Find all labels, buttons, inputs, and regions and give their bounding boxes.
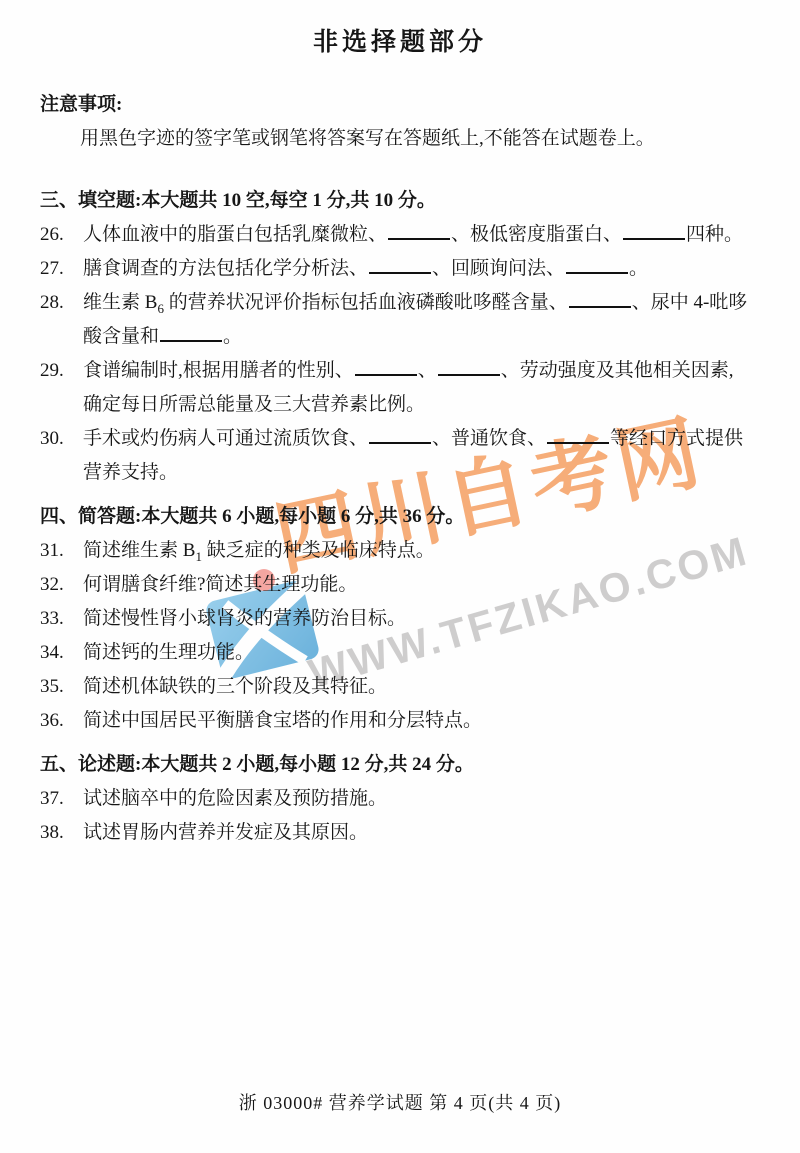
- question-row: 30.手术或灼伤病人可通过流质饮食、、普通饮食、等经口方式提供营养支持。: [40, 422, 800, 490]
- notes-label: 注意事项:: [40, 88, 800, 122]
- fill-in-blank-line: [566, 253, 628, 274]
- question-row: 32.何谓膳食纤维?简述其生理功能。: [40, 568, 800, 602]
- question-text: 试述脑卒中的危险因素及预防措施。: [83, 782, 387, 816]
- subscript: 1: [195, 549, 202, 564]
- question-number: 36.: [40, 704, 83, 738]
- question-number: 31.: [40, 534, 83, 568]
- question-text: 简述慢性肾小球肾炎的营养防治目标。: [83, 602, 406, 636]
- question-section: 五、论述题:本大题共 2 小题,每小题 12 分,共 24 分。37.试述脑卒中…: [40, 748, 800, 850]
- fill-in-blank-line: [355, 355, 417, 376]
- fill-in-blank-line: [547, 423, 609, 444]
- question-number: 29.: [40, 354, 83, 388]
- question-number: 26.: [40, 218, 83, 252]
- question-text: 手术或灼伤病人可通过流质饮食、、普通饮食、等经口方式提供营养支持。: [83, 422, 743, 490]
- question-text: 何谓膳食纤维?简述其生理功能。: [83, 568, 357, 602]
- question-row: 35.简述机体缺铁的三个阶段及其特征。: [40, 670, 800, 704]
- question-text: 维生素 B6 的营养状况评价指标包括血液磷酸吡哆醛含量、、尿中 4-吡哆酸含量和…: [83, 286, 747, 354]
- question-number: 33.: [40, 602, 83, 636]
- question-text: 膳食调查的方法包括化学分析法、、回顾询问法、。: [83, 252, 648, 286]
- question-section: 三、填空题:本大题共 10 空,每空 1 分,共 10 分。26.人体血液中的脂…: [40, 184, 800, 490]
- question-row: 34.简述钙的生理功能。: [40, 636, 800, 670]
- section-heading: 四、简答题:本大题共 6 小题,每小题 6 分,共 36 分。: [40, 500, 800, 534]
- question-number: 35.: [40, 670, 83, 704]
- question-row: 28.维生素 B6 的营养状况评价指标包括血液磷酸吡哆醛含量、、尿中 4-吡哆酸…: [40, 286, 800, 354]
- question-row: 37.试述脑卒中的危险因素及预防措施。: [40, 782, 800, 816]
- question-number: 32.: [40, 568, 83, 602]
- section-heading: 五、论述题:本大题共 2 小题,每小题 12 分,共 24 分。: [40, 748, 800, 782]
- question-text: 试述胃肠内营养并发症及其原因。: [83, 816, 368, 850]
- section-heading: 三、填空题:本大题共 10 空,每空 1 分,共 10 分。: [40, 184, 800, 218]
- question-text: 食谱编制时,根据用膳者的性别、、、劳动强度及其他相关因素,确定每日所需总能量及三…: [83, 354, 734, 422]
- sections: 三、填空题:本大题共 10 空,每空 1 分,共 10 分。26.人体血液中的脂…: [40, 184, 800, 850]
- question-text: 简述中国居民平衡膳食宝塔的作用和分层特点。: [83, 704, 482, 738]
- question-text: 人体血液中的脂蛋白包括乳糜微粒、、极低密度脂蛋白、四种。: [83, 218, 743, 252]
- question-number: 28.: [40, 286, 83, 320]
- question-text: 简述维生素 B1 缺乏症的种类及临床特点。: [83, 534, 435, 568]
- question-row: 38.试述胃肠内营养并发症及其原因。: [40, 816, 800, 850]
- fill-in-blank-line: [160, 321, 222, 342]
- question-number: 27.: [40, 252, 83, 286]
- exam-content: 非选择题部分 注意事项: 用黑色字迹的签字笔或钢笔将答案写在答题纸上,不能答在试…: [0, 0, 800, 850]
- question-number: 30.: [40, 422, 83, 456]
- question-row: 36.简述中国居民平衡膳食宝塔的作用和分层特点。: [40, 704, 800, 738]
- page-footer: 浙 03000# 营养学试题 第 4 页(共 4 页): [0, 1090, 800, 1116]
- fill-in-blank-line: [388, 219, 450, 240]
- question-number: 34.: [40, 636, 83, 670]
- fill-in-blank-line: [369, 423, 431, 444]
- question-text: 简述机体缺铁的三个阶段及其特征。: [83, 670, 387, 704]
- question-number: 37.: [40, 782, 83, 816]
- question-row: 29.食谱编制时,根据用膳者的性别、、、劳动强度及其他相关因素,确定每日所需总能…: [40, 354, 800, 422]
- question-row: 27.膳食调查的方法包括化学分析法、、回顾询问法、。: [40, 252, 800, 286]
- fill-in-blank-line: [438, 355, 500, 376]
- page-title: 非选择题部分: [0, 0, 800, 58]
- fill-in-blank-line: [369, 253, 431, 274]
- question-section: 四、简答题:本大题共 6 小题,每小题 6 分,共 36 分。31.简述维生素 …: [40, 500, 800, 738]
- exam-paper-page: 四川自考网 WWW.TFZIKAO.COM 非选择题部分 注意事项: 用黑色字迹…: [0, 0, 800, 1153]
- notes-text: 用黑色字迹的签字笔或钢笔将答案写在答题纸上,不能答在试题卷上。: [80, 122, 800, 156]
- question-text: 简述钙的生理功能。: [83, 636, 254, 670]
- question-row: 31.简述维生素 B1 缺乏症的种类及临床特点。: [40, 534, 800, 568]
- fill-in-blank-line: [569, 287, 631, 308]
- question-row: 33.简述慢性肾小球肾炎的营养防治目标。: [40, 602, 800, 636]
- question-row: 26.人体血液中的脂蛋白包括乳糜微粒、、极低密度脂蛋白、四种。: [40, 218, 800, 252]
- fill-in-blank-line: [623, 219, 685, 240]
- question-number: 38.: [40, 816, 83, 850]
- subscript: 6: [157, 301, 164, 316]
